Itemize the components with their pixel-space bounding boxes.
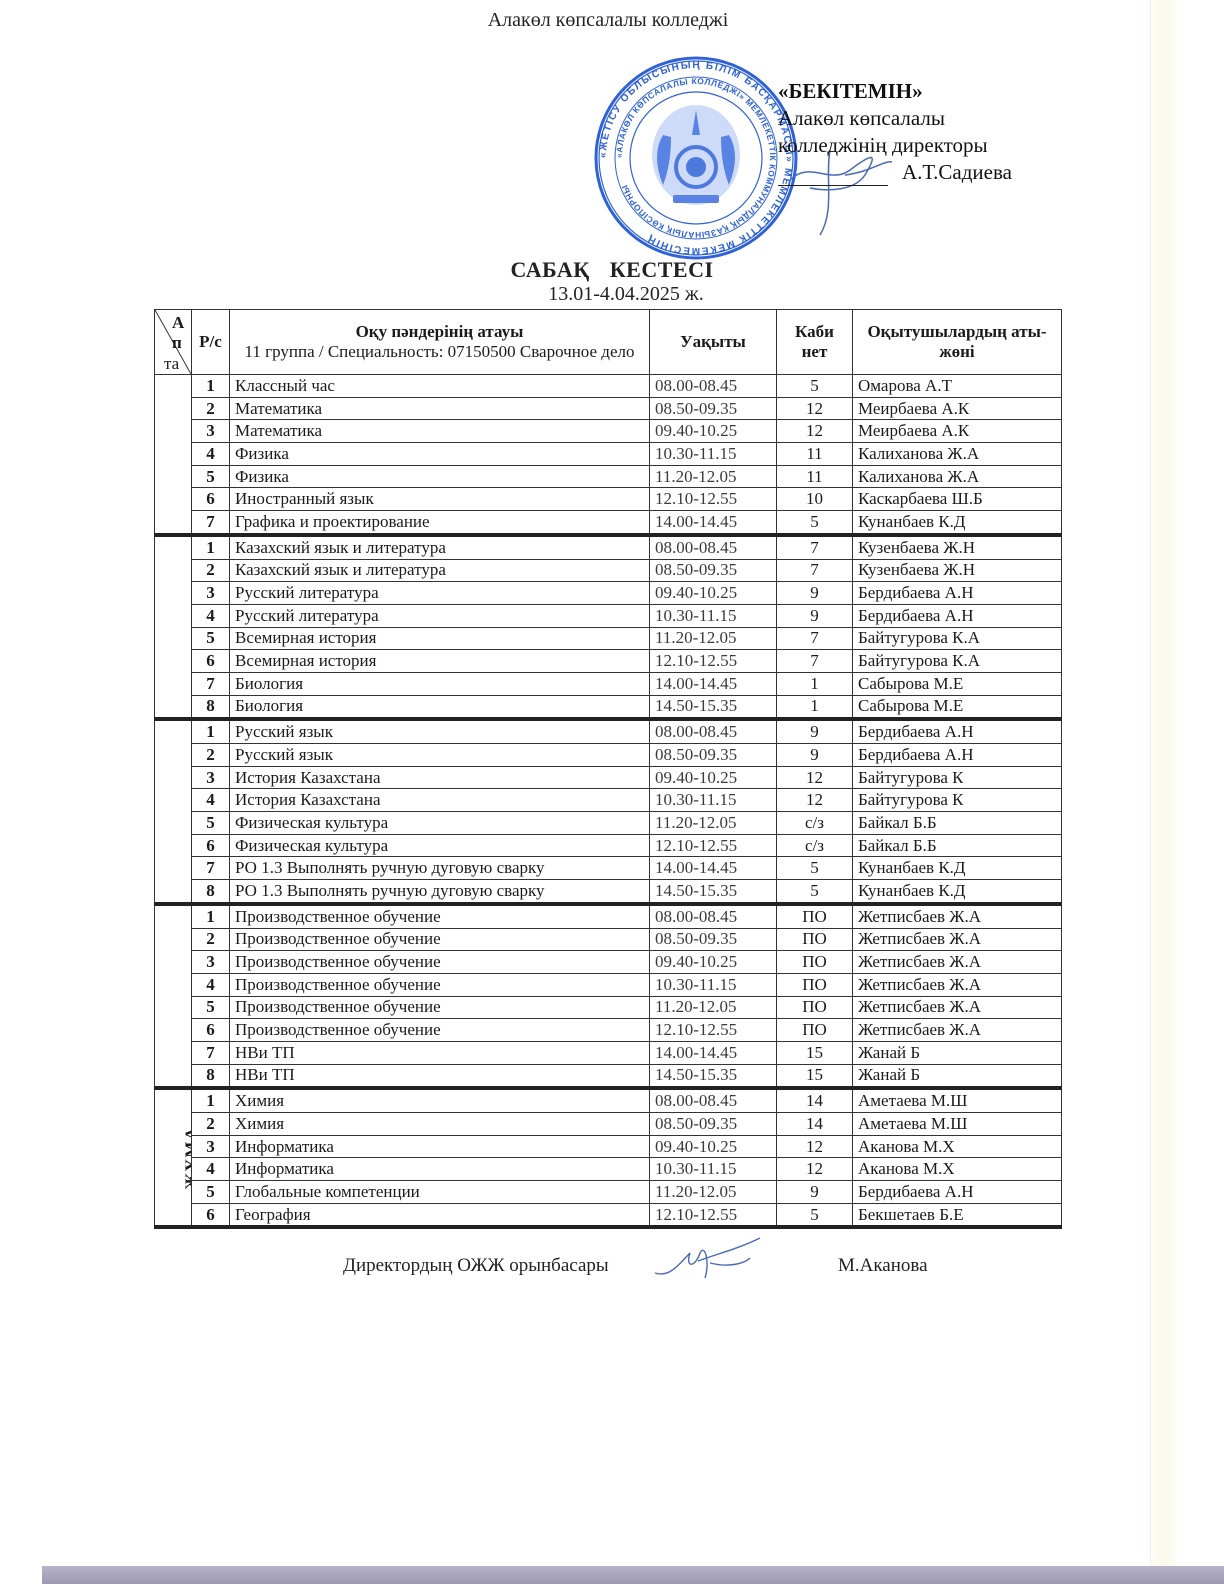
room-cell: 12: [777, 789, 853, 812]
document-title: САБАҚ КЕСТЕСІ: [0, 257, 1224, 283]
table-row: 5Физическая культура11.20-12.05с/зБайкал…: [155, 812, 1062, 835]
time-cell: 14.50-15.35: [650, 1064, 777, 1088]
subject-cell: География: [230, 1203, 650, 1227]
subject-cell: РО 1.3 Выполнять ручную дуговую сварку: [230, 857, 650, 880]
room-cell: 15: [777, 1041, 853, 1064]
room-cell: с/з: [777, 812, 853, 835]
room-cell: 9: [777, 1181, 853, 1204]
time-cell: 09.40-10.25: [650, 951, 777, 974]
room-cell: 12: [777, 1135, 853, 1158]
time-cell: 08.50-09.35: [650, 744, 777, 767]
teacher-cell: Жанай Б: [853, 1064, 1062, 1088]
subject-cell: Производственное обучение: [230, 1019, 650, 1042]
subject-cell: Русский литература: [230, 604, 650, 627]
header-subject-title: Оқу пәндерінің атауы: [235, 322, 644, 342]
header-group: 11 группа / Специальность: 07150500 Свар…: [235, 342, 644, 362]
room-cell: 1: [777, 672, 853, 695]
teacher-cell: Аканова М.Х: [853, 1158, 1062, 1181]
lesson-number: 4: [192, 443, 230, 466]
subject-cell: Физика: [230, 465, 650, 488]
table-row: 4Производственное обучение10.30-11.15ПОЖ…: [155, 973, 1062, 996]
table-row: 6Иностранный язык12.10-12.5510Каскарбаев…: [155, 488, 1062, 511]
time-cell: 14.00-14.45: [650, 1041, 777, 1064]
time-cell: 14.50-15.35: [650, 880, 777, 904]
room-cell: 1: [777, 695, 853, 719]
table-row: БЕЙСЕНБІ1Производственное обучение08.00-…: [155, 904, 1062, 928]
room-cell: 9: [777, 582, 853, 605]
time-cell: 09.40-10.25: [650, 766, 777, 789]
table-row: 5Всемирная история11.20-12.057Байтугуров…: [155, 627, 1062, 650]
time-cell: 10.30-11.15: [650, 604, 777, 627]
room-cell: 5: [777, 511, 853, 535]
approval-line-1: Алакөл көпсалалы: [778, 105, 1012, 132]
teacher-cell: Сабырова М.Е: [853, 672, 1062, 695]
lesson-number: 1: [192, 535, 230, 559]
teacher-cell: Жетписбаев Ж.А: [853, 1019, 1062, 1042]
lesson-number: 2: [192, 559, 230, 582]
table-row: 2Русский язык08.50-09.359Бердибаева А.Н: [155, 744, 1062, 767]
lesson-number: 6: [192, 1019, 230, 1042]
room-cell: 5: [777, 880, 853, 904]
table-row: 5Производственное обучение11.20-12.05ПОЖ…: [155, 996, 1062, 1019]
subject-cell: Графика и проектирование: [230, 511, 650, 535]
teacher-cell: Сабырова М.Е: [853, 695, 1062, 719]
table-row: 2Химия08.50-09.3514Аметаева М.Ш: [155, 1113, 1062, 1136]
lesson-number: 1: [192, 719, 230, 743]
table-row: 7Биология14.00-14.451Сабырова М.Е: [155, 672, 1062, 695]
director-name: А.Т.Садиева: [902, 160, 1012, 184]
subject-cell: Иностранный язык: [230, 488, 650, 511]
lesson-number: 8: [192, 880, 230, 904]
room-cell: 5: [777, 857, 853, 880]
teacher-cell: Кузенбаева Ж.Н: [853, 535, 1062, 559]
teacher-cell: Омарова А.Т: [853, 375, 1062, 398]
lesson-number: 5: [192, 812, 230, 835]
teacher-cell: Бердибаева А.Н: [853, 744, 1062, 767]
college-header: Алакөл көпсалалы колледжі: [0, 9, 1224, 32]
scan-bottom-edge: [42, 1566, 1224, 1584]
time-cell: 08.00-08.45: [650, 1088, 777, 1112]
teacher-cell: Меирбаева А.К: [853, 420, 1062, 443]
time-cell: 12.10-12.55: [650, 1019, 777, 1042]
subject-cell: Физическая культура: [230, 834, 650, 857]
room-cell: ПО: [777, 951, 853, 974]
time-cell: 08.50-09.35: [650, 1113, 777, 1136]
time-cell: 12.10-12.55: [650, 488, 777, 511]
lesson-number: 3: [192, 1135, 230, 1158]
time-cell: 08.50-09.35: [650, 928, 777, 951]
approval-block: «БЕКІТЕМІН» Алакөл көпсалалы колледжінің…: [778, 78, 1012, 186]
day-cell: СЕЙСЕНБІ: [155, 535, 192, 720]
header-num: Р/с: [192, 310, 230, 375]
table-row: 2Математика08.50-09.3512Меирбаева А.К: [155, 397, 1062, 420]
lesson-number: 2: [192, 1113, 230, 1136]
lesson-number: 7: [192, 672, 230, 695]
lesson-number: 3: [192, 951, 230, 974]
schedule-body: ДҮЙСЕНБІ1Классный час08.00-08.455Омарова…: [155, 375, 1062, 1228]
room-cell: 5: [777, 375, 853, 398]
subject-cell: НВи ТП: [230, 1064, 650, 1088]
subject-cell: Биология: [230, 672, 650, 695]
time-cell: 10.30-11.15: [650, 1158, 777, 1181]
room-cell: 5: [777, 1203, 853, 1227]
teacher-cell: Байкал Б.Б: [853, 834, 1062, 857]
subject-cell: РО 1.3 Выполнять ручную дуговую сварку: [230, 880, 650, 904]
subject-cell: Русский литература: [230, 582, 650, 605]
lesson-number: 5: [192, 627, 230, 650]
teacher-cell: Кунанбаев К.Д: [853, 880, 1062, 904]
day-cell: ЖҰМА: [155, 1088, 192, 1227]
lesson-number: 7: [192, 511, 230, 535]
table-row: 7НВи ТП14.00-14.4515Жанай Б: [155, 1041, 1062, 1064]
teacher-cell: Кунанбаев К.Д: [853, 857, 1062, 880]
time-cell: 10.30-11.15: [650, 789, 777, 812]
lesson-number: 5: [192, 465, 230, 488]
day-cell: ДҮЙСЕНБІ: [155, 375, 192, 535]
room-cell: 12: [777, 766, 853, 789]
table-row: 4Физика10.30-11.1511Калиханова Ж.А: [155, 443, 1062, 466]
table-row: СЕЙСЕНБІ1Казахский язык и литература08.0…: [155, 535, 1062, 559]
subject-cell: Производственное обучение: [230, 951, 650, 974]
lesson-number: 5: [192, 996, 230, 1019]
time-cell: 08.50-09.35: [650, 397, 777, 420]
teacher-cell: Байкал Б.Б: [853, 812, 1062, 835]
time-cell: 08.50-09.35: [650, 559, 777, 582]
header-subject: Оқу пәндерінің атауы 11 группа / Специал…: [230, 310, 650, 375]
time-cell: 11.20-12.05: [650, 1181, 777, 1204]
subject-cell: Производственное обучение: [230, 996, 650, 1019]
scan-page-edge: [1150, 0, 1177, 1566]
footer-position: Директордың ОЖЖ орынбасары: [343, 1255, 609, 1277]
room-cell: 15: [777, 1064, 853, 1088]
teacher-cell: Жетписбаев Ж.А: [853, 904, 1062, 928]
subject-cell: Биология: [230, 695, 650, 719]
subject-cell: Казахский язык и литература: [230, 559, 650, 582]
teacher-cell: Жетписбаев Ж.А: [853, 928, 1062, 951]
teacher-cell: Меирбаева А.К: [853, 397, 1062, 420]
room-cell: 12: [777, 397, 853, 420]
lesson-number: 2: [192, 928, 230, 951]
time-cell: 08.00-08.45: [650, 375, 777, 398]
table-row: 7РО 1.3 Выполнять ручную дуговую сварку1…: [155, 857, 1062, 880]
subject-cell: Математика: [230, 420, 650, 443]
table-row: 5Глобальные компетенции11.20-12.059Берди…: [155, 1181, 1062, 1204]
subject-cell: Русский язык: [230, 719, 650, 743]
room-cell: ПО: [777, 973, 853, 996]
time-cell: 10.30-11.15: [650, 973, 777, 996]
approval-line-2: колледжінің директоры: [778, 132, 1012, 159]
subject-cell: Физика: [230, 443, 650, 466]
day-label: ЖҰМА: [182, 1126, 192, 1189]
teacher-cell: Бердибаева А.Н: [853, 582, 1062, 605]
subject-cell: Всемирная история: [230, 627, 650, 650]
day-cell: БЕЙСЕНБІ: [155, 904, 192, 1089]
room-cell: 11: [777, 443, 853, 466]
schedule-table: А п та Р/с Оқу пәндерінің атауы 11 групп…: [154, 309, 1062, 1229]
room-cell: 12: [777, 1158, 853, 1181]
subject-cell: Физическая культура: [230, 812, 650, 835]
teacher-cell: Калиханова Ж.А: [853, 465, 1062, 488]
time-cell: 11.20-12.05: [650, 812, 777, 835]
table-row: 6Всемирная история12.10-12.557Байтугуров…: [155, 650, 1062, 673]
lesson-number: 8: [192, 695, 230, 719]
teacher-cell: Бердибаева А.Н: [853, 604, 1062, 627]
header-room: Каби нет: [777, 310, 853, 375]
teacher-cell: Жетписбаев Ж.А: [853, 951, 1062, 974]
lesson-number: 2: [192, 397, 230, 420]
teacher-cell: Аметаева М.Ш: [853, 1113, 1062, 1136]
subject-cell: Казахский язык и литература: [230, 535, 650, 559]
subject-cell: Производственное обучение: [230, 904, 650, 928]
lesson-number: 6: [192, 834, 230, 857]
table-row: 5Физика11.20-12.0511Калиханова Ж.А: [155, 465, 1062, 488]
room-cell: 7: [777, 535, 853, 559]
room-cell: ПО: [777, 1019, 853, 1042]
time-cell: 09.40-10.25: [650, 420, 777, 443]
footer-name: М.Аканова: [838, 1255, 928, 1277]
room-cell: с/з: [777, 834, 853, 857]
room-cell: 14: [777, 1113, 853, 1136]
subject-cell: История Казахстана: [230, 789, 650, 812]
time-cell: 14.00-14.45: [650, 511, 777, 535]
lesson-number: 4: [192, 973, 230, 996]
teacher-cell: Байтугурова К.А: [853, 627, 1062, 650]
time-cell: 08.00-08.45: [650, 904, 777, 928]
subject-cell: Химия: [230, 1088, 650, 1112]
lesson-number: 4: [192, 1158, 230, 1181]
table-row: 4Русский литература10.30-11.159Бердибаев…: [155, 604, 1062, 627]
subject-cell: Информатика: [230, 1135, 650, 1158]
time-cell: 08.00-08.45: [650, 719, 777, 743]
subject-cell: Химия: [230, 1113, 650, 1136]
teacher-cell: Бердибаева А.Н: [853, 719, 1062, 743]
college-name: Алакөл көпсалалы колледжі: [488, 9, 729, 31]
header-teacher: Оқытушылардың аты-жөні: [853, 310, 1062, 375]
table-row: 2Казахский язык и литература08.50-09.357…: [155, 559, 1062, 582]
time-cell: 09.40-10.25: [650, 582, 777, 605]
room-cell: 7: [777, 627, 853, 650]
subject-cell: История Казахстана: [230, 766, 650, 789]
official-stamp-icon: «ЖЕТІСУ ОБЛЫСЫНЫҢ БІЛІМ БАСҚАРМАСЫ» МЕМЛ…: [593, 55, 799, 261]
lesson-number: 1: [192, 904, 230, 928]
teacher-cell: Бердибаева А.Н: [853, 1181, 1062, 1204]
subject-cell: Русский язык: [230, 744, 650, 767]
subject-cell: Классный час: [230, 375, 650, 398]
room-cell: 9: [777, 604, 853, 627]
teacher-cell: Жетписбаев Ж.А: [853, 996, 1062, 1019]
table-row: СӘРСЕНБІ1Русский язык08.00-08.459Бердиба…: [155, 719, 1062, 743]
time-cell: 14.00-14.45: [650, 857, 777, 880]
table-row: 6География12.10-12.555Бекшетаев Б.Е: [155, 1203, 1062, 1227]
lesson-number: 6: [192, 650, 230, 673]
day-cell: СӘРСЕНБІ: [155, 719, 192, 904]
table-row: ЖҰМА1Химия08.00-08.4514Аметаева М.Ш: [155, 1088, 1062, 1112]
time-cell: 14.50-15.35: [650, 695, 777, 719]
lesson-number: 3: [192, 766, 230, 789]
teacher-cell: Жанай Б: [853, 1041, 1062, 1064]
lesson-number: 8: [192, 1064, 230, 1088]
table-row: 8РО 1.3 Выполнять ручную дуговую сварку1…: [155, 880, 1062, 904]
table-row: 7Графика и проектирование14.00-14.455Кун…: [155, 511, 1062, 535]
lesson-number: 6: [192, 1203, 230, 1227]
teacher-cell: Калиханова Ж.А: [853, 443, 1062, 466]
teacher-cell: Кузенбаева Ж.Н: [853, 559, 1062, 582]
subject-cell: Информатика: [230, 1158, 650, 1181]
table-row: 3Производственное обучение09.40-10.25ПОЖ…: [155, 951, 1062, 974]
subject-cell: Производственное обучение: [230, 973, 650, 996]
table-row: ДҮЙСЕНБІ1Классный час08.00-08.455Омарова…: [155, 375, 1062, 398]
room-cell: 7: [777, 559, 853, 582]
time-cell: 14.00-14.45: [650, 672, 777, 695]
teacher-cell: Байтугурова К: [853, 766, 1062, 789]
header-time: Уақыты: [650, 310, 777, 375]
subject-cell: Всемирная история: [230, 650, 650, 673]
room-cell: 9: [777, 744, 853, 767]
subject-cell: Глобальные компетенции: [230, 1181, 650, 1204]
time-cell: 12.10-12.55: [650, 650, 777, 673]
room-cell: 9: [777, 719, 853, 743]
room-cell: 10: [777, 488, 853, 511]
room-cell: 14: [777, 1088, 853, 1112]
lesson-number: 3: [192, 420, 230, 443]
teacher-cell: Бекшетаев Б.Е: [853, 1203, 1062, 1227]
table-row: 3Математика09.40-10.2512Меирбаева А.К: [155, 420, 1062, 443]
subject-cell: Производственное обучение: [230, 928, 650, 951]
table-row: 6Производственное обучение12.10-12.55ПОЖ…: [155, 1019, 1062, 1042]
table-row: 4Информатика10.30-11.1512Аканова М.Х: [155, 1158, 1062, 1181]
time-cell: 12.10-12.55: [650, 834, 777, 857]
table-row: 6Физическая культура12.10-12.55с/зБайкал…: [155, 834, 1062, 857]
lesson-number: 2: [192, 744, 230, 767]
room-cell: 11: [777, 465, 853, 488]
room-cell: 7: [777, 650, 853, 673]
teacher-cell: Жетписбаев Ж.А: [853, 973, 1062, 996]
lesson-number: 6: [192, 488, 230, 511]
teacher-cell: Каскарбаева Ш.Б: [853, 488, 1062, 511]
table-row: 8НВи ТП14.50-15.3515Жанай Б: [155, 1064, 1062, 1088]
lesson-number: 7: [192, 857, 230, 880]
lesson-number: 1: [192, 375, 230, 398]
table-row: 2Производственное обучение08.50-09.35ПОЖ…: [155, 928, 1062, 951]
table-header-row: А п та Р/с Оқу пәндерінің атауы 11 групп…: [155, 310, 1062, 375]
lesson-number: 7: [192, 1041, 230, 1064]
room-cell: ПО: [777, 928, 853, 951]
time-cell: 11.20-12.05: [650, 996, 777, 1019]
subject-cell: Математика: [230, 397, 650, 420]
subject-cell: НВи ТП: [230, 1041, 650, 1064]
date-range: 13.01-4.04.2025 ж.: [548, 283, 703, 305]
table-row: 3История Казахстана09.40-10.2512Байтугур…: [155, 766, 1062, 789]
document-dates: 13.01-4.04.2025 ж.: [0, 283, 1224, 306]
time-cell: 11.20-12.05: [650, 465, 777, 488]
time-cell: 09.40-10.25: [650, 1135, 777, 1158]
time-cell: 08.00-08.45: [650, 535, 777, 559]
teacher-cell: Аканова М.Х: [853, 1135, 1062, 1158]
teacher-cell: Байтугурова К: [853, 789, 1062, 812]
signature-line: [778, 185, 888, 186]
approval-title: «БЕКІТЕМІН»: [778, 78, 1012, 105]
table-row: 3Русский литература09.40-10.259Бердибаев…: [155, 582, 1062, 605]
deputy-signature-icon: [650, 1233, 770, 1283]
time-cell: 12.10-12.55: [650, 1203, 777, 1227]
teacher-cell: Байтугурова К.А: [853, 650, 1062, 673]
lesson-number: 1: [192, 1088, 230, 1112]
lesson-number: 4: [192, 604, 230, 627]
lesson-number: 3: [192, 582, 230, 605]
table-row: 3Информатика09.40-10.2512Аканова М.Х: [155, 1135, 1062, 1158]
room-cell: ПО: [777, 996, 853, 1019]
room-cell: 12: [777, 420, 853, 443]
time-cell: 10.30-11.15: [650, 443, 777, 466]
header-day: А п та: [155, 310, 192, 375]
teacher-cell: Кунанбаев К.Д: [853, 511, 1062, 535]
table-row: 4История Казахстана10.30-11.1512Байтугур…: [155, 789, 1062, 812]
table-row: 8Биология14.50-15.351Сабырова М.Е: [155, 695, 1062, 719]
lesson-number: 5: [192, 1181, 230, 1204]
time-cell: 11.20-12.05: [650, 627, 777, 650]
teacher-cell: Аметаева М.Ш: [853, 1088, 1062, 1112]
room-cell: ПО: [777, 904, 853, 928]
lesson-number: 4: [192, 789, 230, 812]
